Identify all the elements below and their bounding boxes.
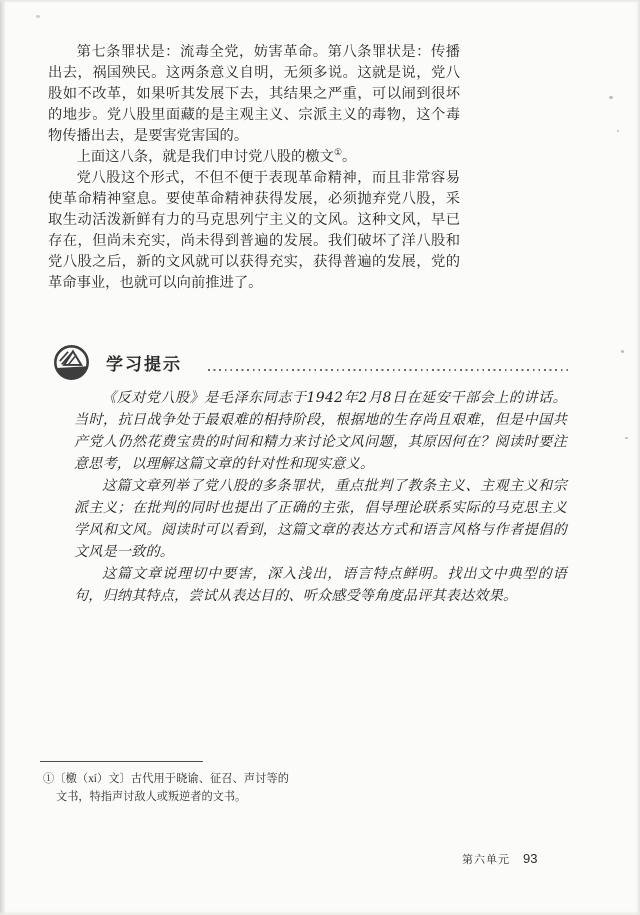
study-tips-text-block: 《反对党八股》是毛泽东同志于1942年2月8日在延安干部会上的讲话。当时，抗日战… xyxy=(74,387,567,607)
footnote-marker: ① xyxy=(43,773,54,785)
unit-label: 第六单元 xyxy=(462,851,510,867)
lesson-paragraph-2-text: 上面这八条，就是我们申讨党八股的檄文 xyxy=(77,149,334,165)
textbook-page: 第七条罪状是：流毒全党，妨害革命。第八条罪状是：传播出去，祸国殃民。这两条意义自… xyxy=(0,0,640,915)
scan-artifact xyxy=(36,15,40,18)
footnote-text: 〔檄（xí）文〕古代用于晓谕、征召、声讨等的文书，特指声讨敌人或叛逆者的文书。 xyxy=(54,773,289,803)
footnote: ①〔檄（xí）文〕古代用于晓谕、征召、声讨等的文书，特指声讨敌人或叛逆者的文书。 xyxy=(43,771,289,806)
scan-artifact xyxy=(609,96,613,99)
lesson-paragraph-3: 党八股这个形式，不但不便于表现革命精神，而且非常容易使革命精神窒息。要使革命精神… xyxy=(48,168,460,294)
page-number: 93 xyxy=(523,851,537,866)
lesson-paragraph-2: 上面这八条，就是我们申讨党八股的檄文①。 xyxy=(48,147,460,168)
scan-edge-shadow-bottom xyxy=(0,911,640,915)
scan-artifact xyxy=(625,437,628,439)
scan-edge-shadow-top xyxy=(0,0,640,3)
study-tips-paragraph-2: 这篇文章列举了党八股的多条罪状，重点批判了教条主义、主观主义和宗派主义；在批判的… xyxy=(74,475,567,563)
lesson-paragraph-2-period: 。 xyxy=(342,149,356,165)
scan-artifact xyxy=(621,350,624,353)
triangle-compass-logo-icon xyxy=(52,343,91,382)
lesson-text-block: 第七条罪状是：流毒全党，妨害革命。第八条罪状是：传播出去，祸国殃民。这两条意义自… xyxy=(48,42,460,294)
footnote-reference-marker: ① xyxy=(334,147,342,157)
lesson-paragraph-1: 第七条罪状是：流毒全党，妨害革命。第八条罪状是：传播出去，祸国殃民。这两条意义自… xyxy=(48,42,460,147)
study-tips-heading: 学习提示 xyxy=(106,350,182,375)
scan-artifact xyxy=(617,130,619,132)
study-tips-paragraph-1: 《反对党八股》是毛泽东同志于1942年2月8日在延安干部会上的讲话。当时，抗日战… xyxy=(74,387,567,475)
lesson-paragraph-3-text: 党八股这个形式，不但不便于表现革命精神，而且非常容易使革命精神窒息。要使革命精神… xyxy=(48,170,460,291)
scan-edge-shadow-right xyxy=(636,0,640,915)
dotted-leader-line xyxy=(208,369,568,371)
scan-edge-shadow-left xyxy=(0,0,6,915)
footnote-separator-line xyxy=(40,761,203,762)
study-tips-header: 学习提示 xyxy=(52,343,568,382)
study-tips-paragraph-3: 这篇文章说理切中要害，深入浅出，语言特点鲜明。找出文中典型的语句，归纳其特点，尝… xyxy=(74,563,567,607)
lesson-paragraph-1-text: 第七条罪状是：流毒全党，妨害革命。第八条罪状是：传播出去，祸国殃民。这两条意义自… xyxy=(48,44,460,144)
page-footer: 第六单元 93 xyxy=(462,851,537,867)
